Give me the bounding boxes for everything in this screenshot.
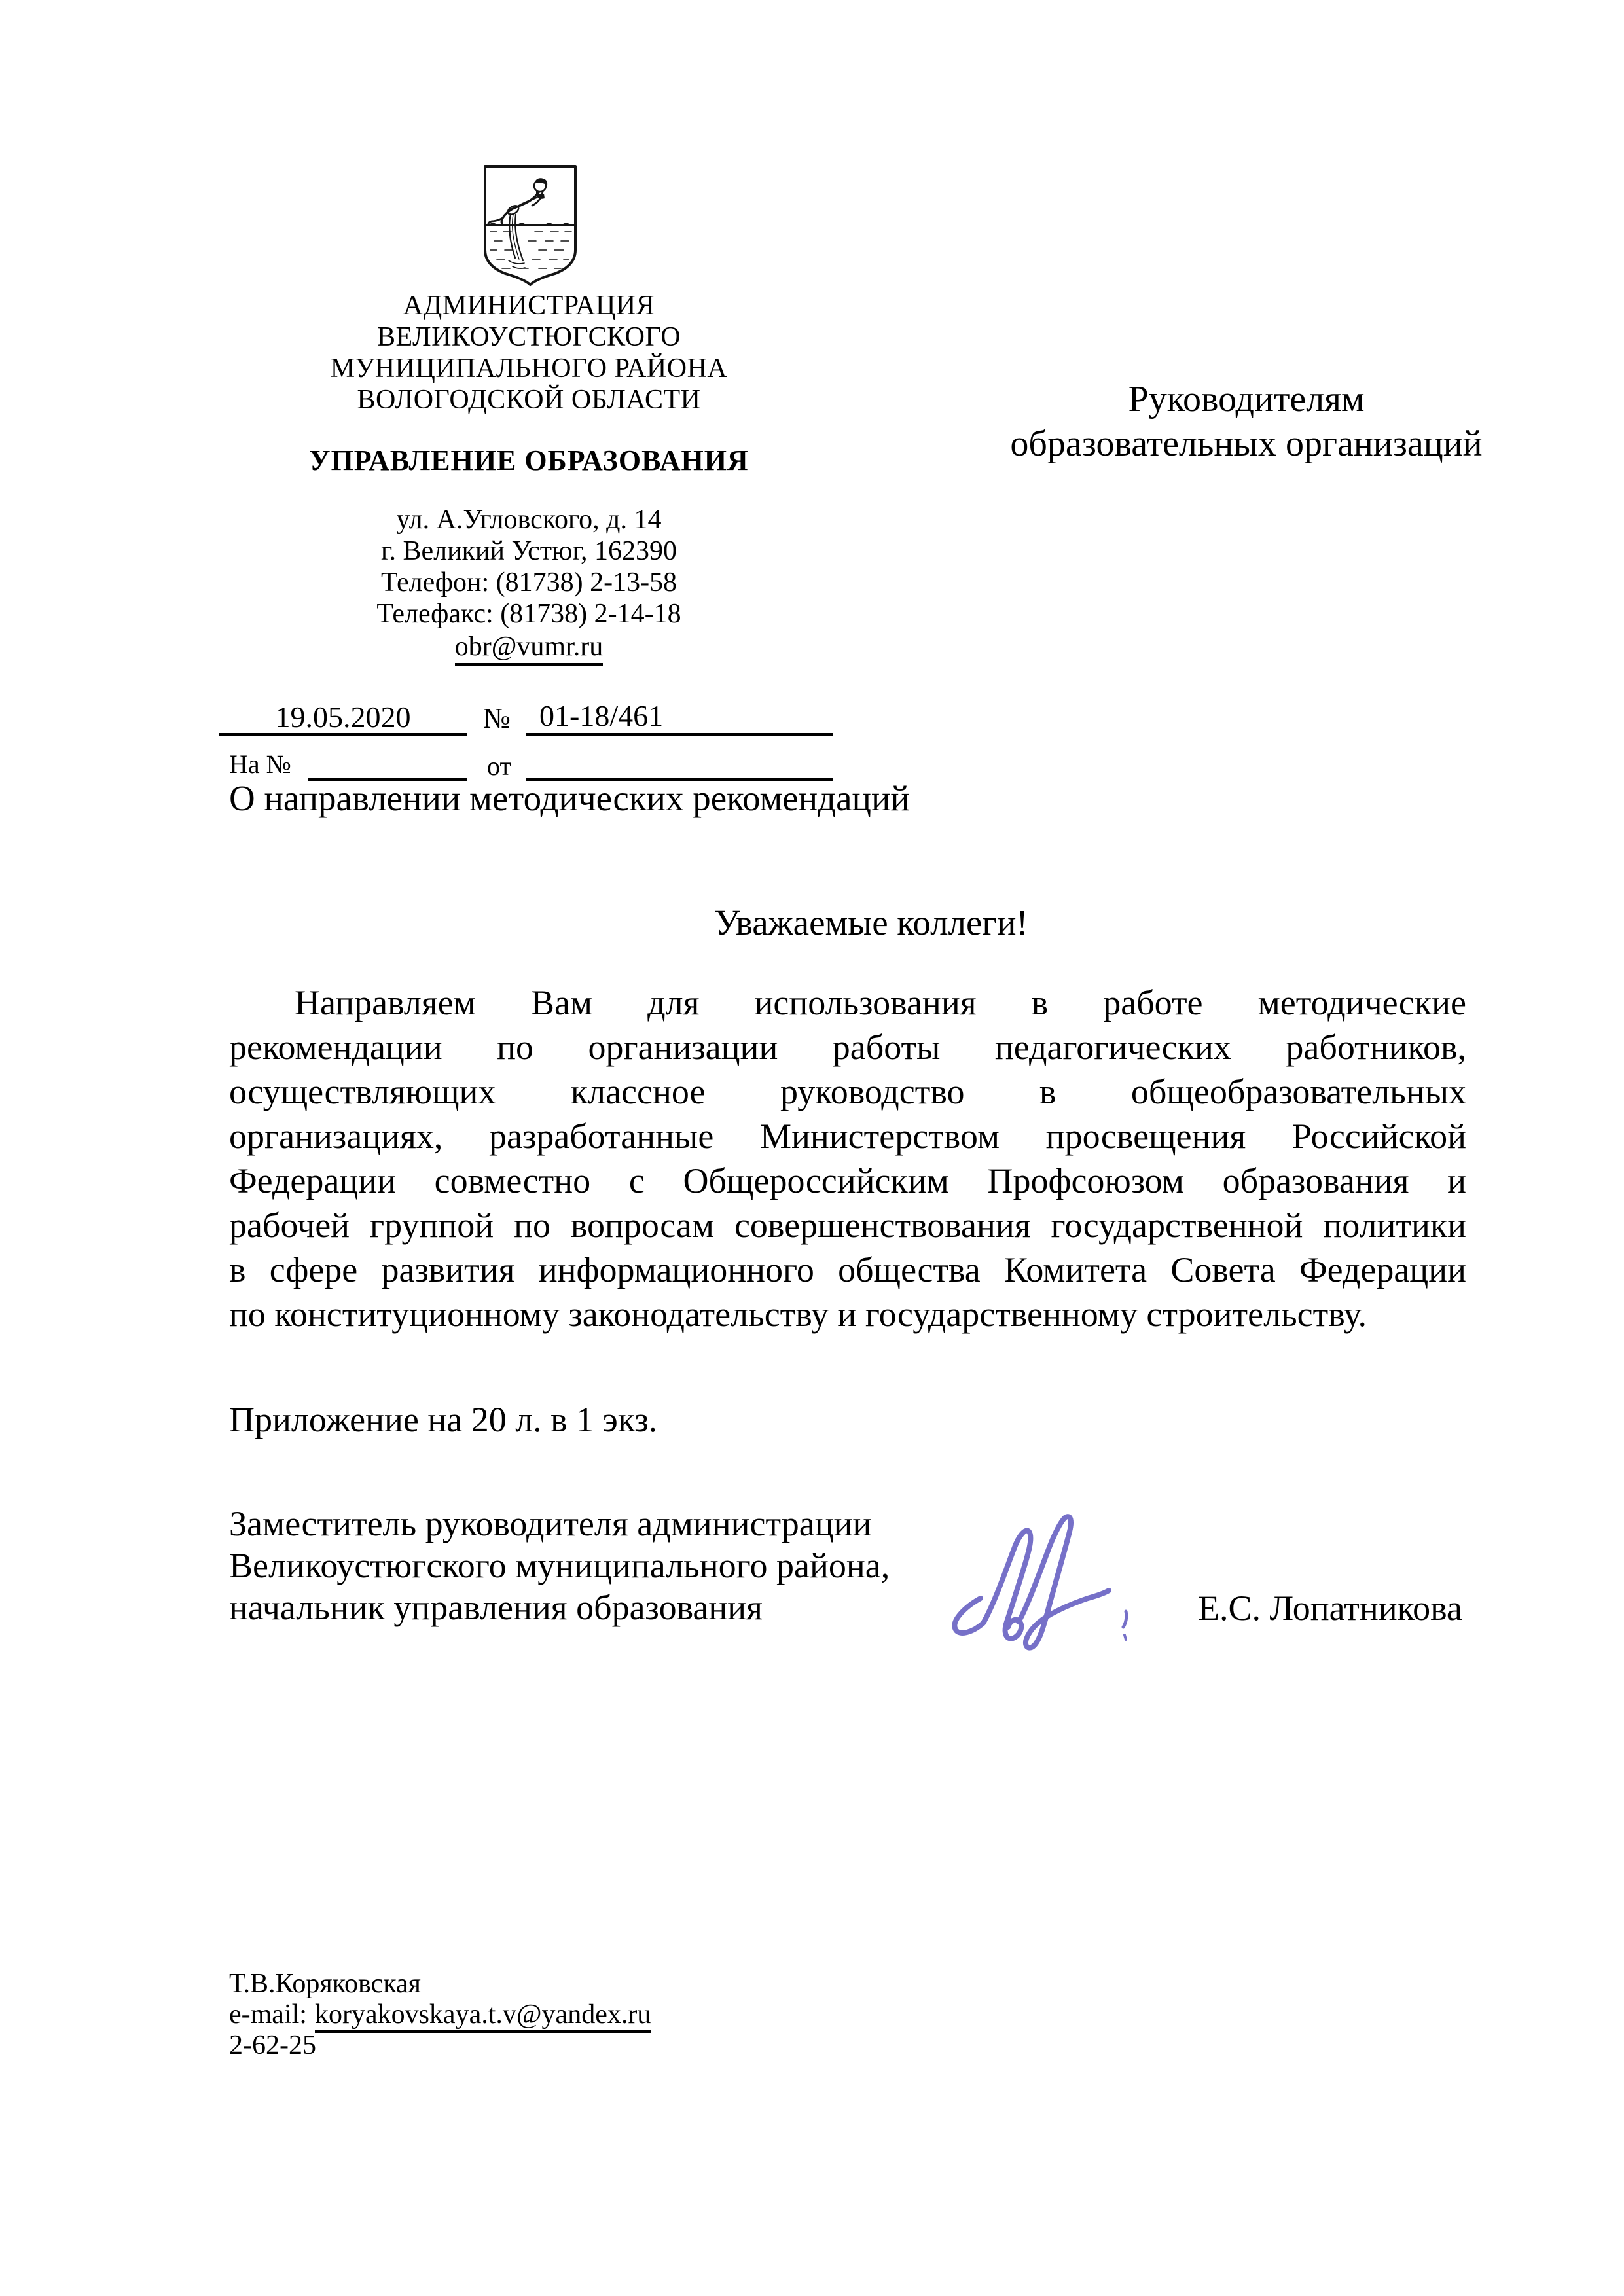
body-line: Федерации совместно с Общероссийским Про…: [229, 1158, 1466, 1203]
letterhead-address: ул. А.Угловского, д. 14 г. Великий Устюг…: [234, 504, 823, 662]
executor-name: Т.В.Коряковская: [229, 1969, 651, 2000]
address-line: г. Великий Устюг, 162390: [234, 535, 823, 567]
executor-email-link[interactable]: koryakovskaya.t.v@yandex.ru: [315, 2000, 651, 2033]
water-lines: [490, 232, 571, 268]
executor-email-label: e-mail:: [229, 2000, 307, 2030]
reply-from-label: от: [487, 753, 511, 780]
signer-title-block: Заместитель руководителя администрации В…: [229, 1503, 1015, 1628]
salutation: Уважаемые коллеги!: [229, 902, 1466, 943]
org-line: МУНИЦИПАЛЬНОГО РАЙОНА: [234, 353, 823, 384]
letter-body: Направляем Вам для использования в работ…: [229, 980, 1466, 1336]
recipient-block: Руководителям образовательных организаци…: [984, 377, 1508, 466]
signer-title-line: Великоустюгского муниципального района,: [229, 1545, 1015, 1587]
executor-phone: 2-62-25: [229, 2030, 651, 2061]
org-line: ВОЛОГОДСКОЙ ОБЛАСТИ: [234, 384, 823, 416]
coat-of-arms-icon: [481, 162, 579, 287]
number-sign-label: №: [483, 704, 511, 733]
address-line: Телефакс: (81738) 2-14-18: [234, 598, 823, 630]
recipient-line: Руководителям: [984, 377, 1508, 422]
address-line: Телефон: (81738) 2-13-58: [234, 567, 823, 598]
date-underline: [219, 733, 467, 736]
signer-title-line: начальник управления образования: [229, 1587, 1015, 1628]
letter-number: 01-18/461: [539, 701, 663, 731]
signer-title-line: Заместитель руководителя администрации: [229, 1503, 1015, 1545]
body-line: рекомендации по организации работы педаг…: [229, 1025, 1466, 1069]
body-line: осуществляющих классное руководство в об…: [229, 1069, 1466, 1114]
address-line: ул. А.Угловского, д. 14: [234, 504, 823, 535]
number-underline: [526, 733, 833, 736]
recipient-line: образовательных организаций: [984, 422, 1508, 466]
executor-contacts: Т.В.Коряковская e-mail:koryakovskaya.t.v…: [229, 1969, 651, 2061]
body-line: рабочей группой по вопросам совершенство…: [229, 1203, 1466, 1247]
letter-date: 19.05.2020: [219, 702, 467, 732]
reply-to-label: На №: [229, 751, 291, 778]
letterhead-email-link[interactable]: obr@vumr.ru: [455, 632, 604, 666]
signer-name: Е.С. Лопатникова: [1198, 1588, 1462, 1629]
body-line: в сфере развития информационного обществ…: [229, 1247, 1466, 1292]
letter-subject: О направлении методических рекомендаций: [229, 778, 1466, 819]
attachment-note: Приложение на 20 л. в 1 экз.: [229, 1399, 657, 1441]
org-line: АДМИНИСТРАЦИЯ: [234, 290, 823, 321]
body-line: Направляем Вам для использования в работ…: [229, 980, 1466, 1025]
handwritten-signature: [948, 1511, 1144, 1655]
org-name-block: АДМИНИСТРАЦИЯ ВЕЛИКОУСТЮГСКОГО МУНИЦИПАЛ…: [234, 290, 823, 416]
body-line: по конституционному законодательству и г…: [229, 1292, 1466, 1336]
department-name: УПРАВЛЕНИЕ ОБРАЗОВАНИЯ: [234, 444, 823, 477]
body-line: организациях, разработанные Министерство…: [229, 1114, 1466, 1158]
org-line: ВЕЛИКОУСТЮГСКОГО: [234, 321, 823, 353]
letter-page: АДМИНИСТРАЦИЯ ВЕЛИКОУСТЮГСКОГО МУНИЦИПАЛ…: [0, 0, 1624, 2296]
